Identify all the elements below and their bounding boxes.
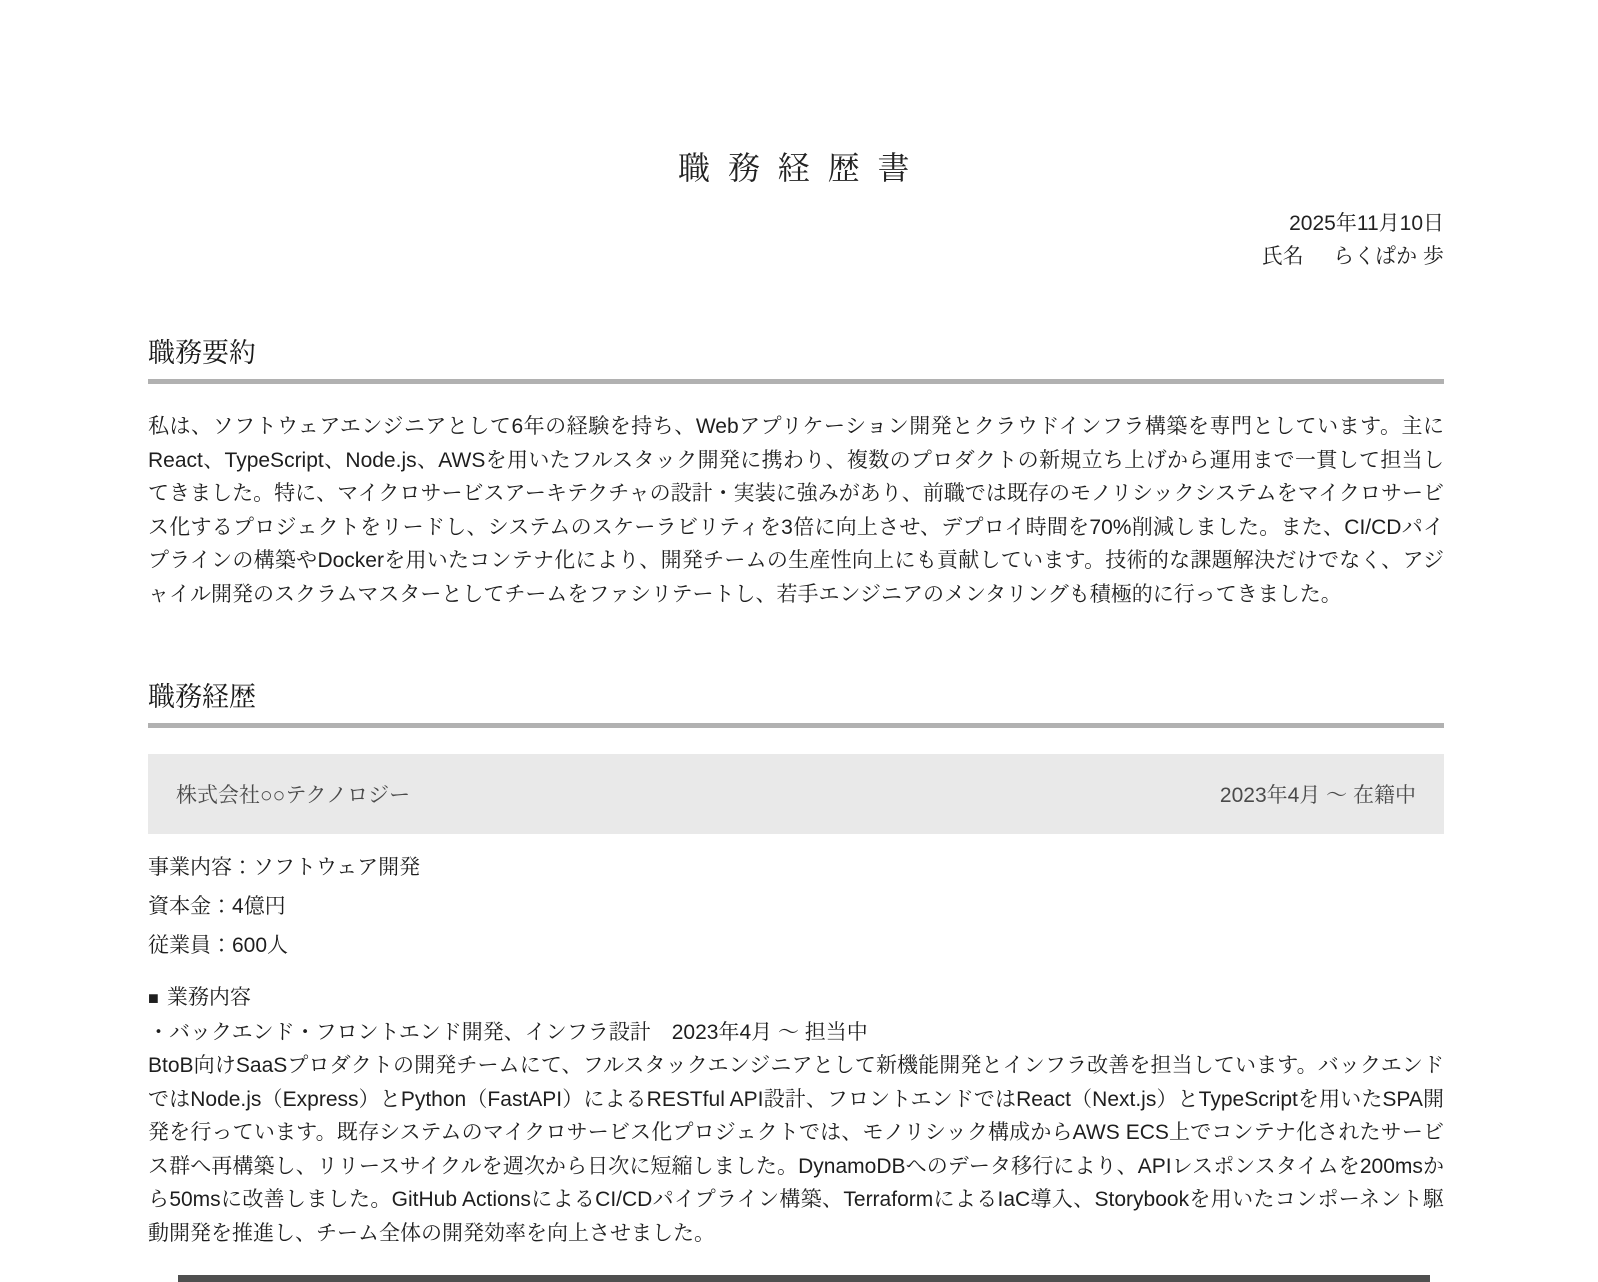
employment-period: 2023年4月 〜 在籍中 (1220, 779, 1416, 809)
document-title: 職 務 経 歴 書 (148, 143, 1444, 189)
duties-section: ■業務内容 ・バックエンド・フロントエンド開発、インフラ設計 2023年4月 〜… (148, 981, 1444, 1250)
duties-heading-line: ■業務内容 (148, 981, 1444, 1016)
applicant-name: らくぱか 歩 (1333, 245, 1444, 268)
duties-role-line: ・バックエンド・フロントエンド開発、インフラ設計 2023年4月 〜 担当中 (148, 1016, 1444, 1050)
document-meta: 2025年11月10日 氏名らくぱか 歩 (148, 207, 1444, 273)
applicant-name-line: 氏名らくぱか 歩 (148, 240, 1444, 273)
duties-paragraph: BtoB向けSaaSプロダクトの開発チームにて、フルスタックエンジニアとして新機… (148, 1049, 1444, 1250)
name-label: 氏名 (1262, 245, 1304, 268)
company-details: 事業内容：ソフトウェア開発 資本金：4億円 従業員：600人 (148, 848, 1444, 965)
section-heading-history: 職務経歴 (148, 675, 1444, 728)
square-bullet-icon: ■ (148, 988, 159, 1008)
resume-document: 職 務 経 歴 書 2025年11月10日 氏名らくぱか 歩 職務要約 私は、ソ… (0, 0, 1598, 1282)
company-detail-employees: 従業員：600人 (148, 926, 1444, 965)
company-name: 株式会社○○テクノロジー (176, 779, 410, 809)
company-detail-capital: 資本金：4億円 (148, 887, 1444, 926)
summary-paragraph: 私は、ソフトウェアエンジニアとして6年の経験を持ち、Webアプリケーション開発と… (148, 410, 1444, 611)
company-header-bar: 株式会社○○テクノロジー 2023年4月 〜 在籍中 (148, 754, 1444, 834)
duties-heading-label: 業務内容 (167, 986, 251, 1009)
document-date: 2025年11月10日 (148, 207, 1444, 240)
company-detail-business: 事業内容：ソフトウェア開発 (148, 848, 1444, 887)
next-section-divider (178, 1275, 1430, 1282)
section-heading-summary: 職務要約 (148, 331, 1444, 384)
